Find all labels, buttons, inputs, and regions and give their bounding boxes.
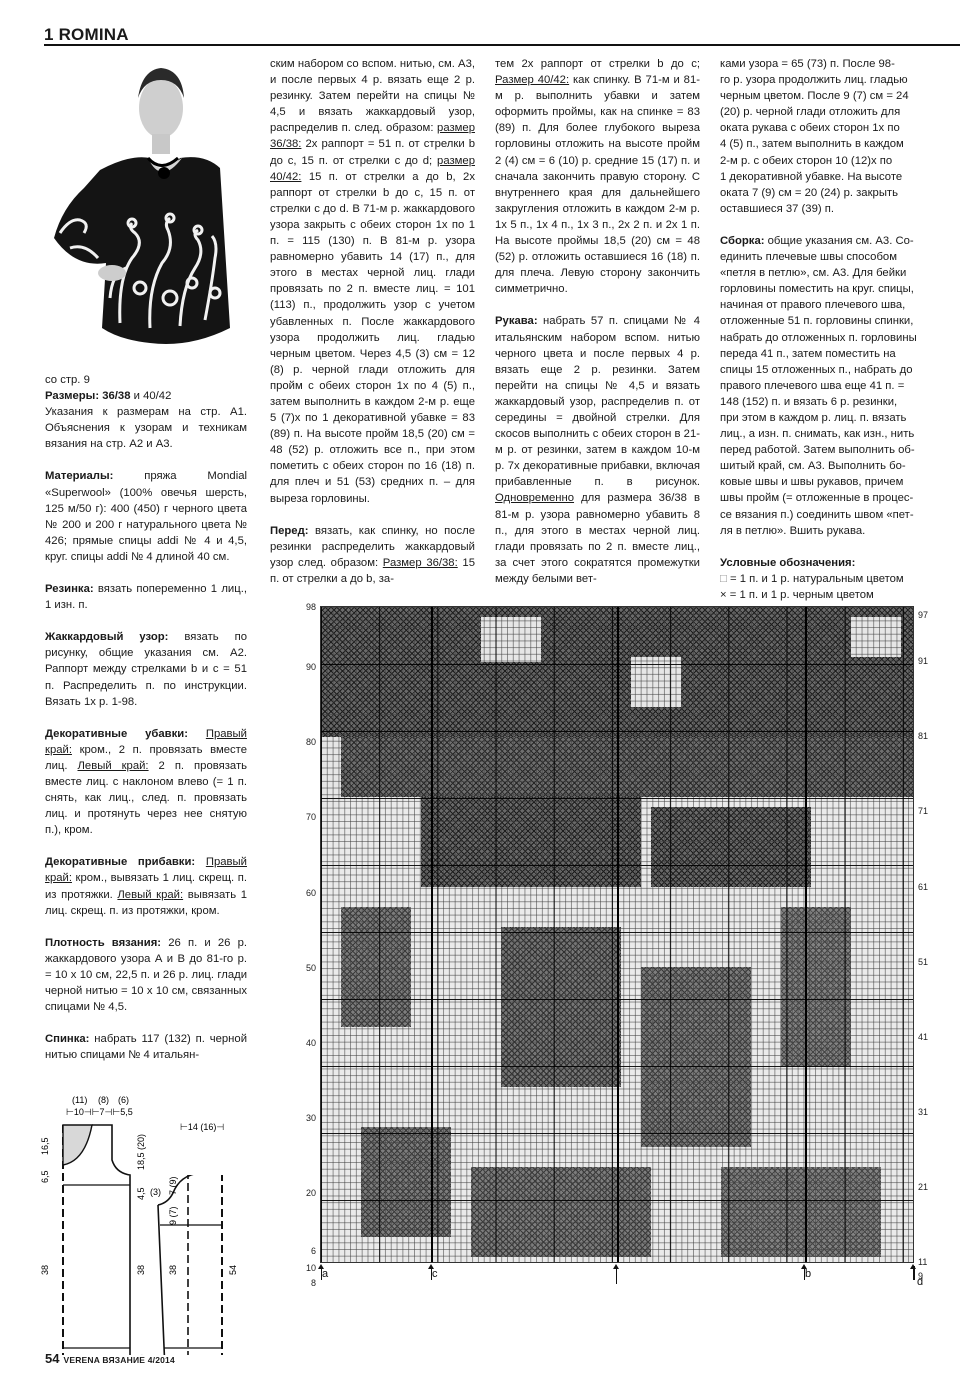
dim-label: 7 (9) (168, 1176, 178, 1195)
text-line: (20) р. черной глади отложить для (720, 104, 920, 120)
dim-label: 38 (40, 1265, 50, 1275)
text-line: 148 (152) п. и вязать 6 р. резинки, (720, 394, 920, 410)
arrow-d: d (913, 1266, 921, 1280)
row-label: 60 (296, 888, 316, 898)
text-line: шитый край, см. А3. Выполнить бо- (720, 458, 920, 474)
row-label: 21 (918, 1182, 938, 1192)
sizes-section: Размеры: 36/38 и 40/42 (45, 388, 247, 404)
back-text-3: 15 п. от стрелки a до b, 2х раппорт от с… (270, 171, 475, 505)
text-line: ковые швы и швы рукавов, причем (720, 474, 920, 490)
sizes-values: и 40/42 (131, 390, 172, 402)
row-label: 80 (296, 737, 316, 747)
front-instructions: тем 2х раппорт от стрелки b до c; Размер… (495, 56, 700, 297)
text-line: начиная от правого плечевого шва, (720, 297, 920, 313)
pattern-title: 1 ROMINA (44, 26, 960, 44)
left-edge-label: Левый край: (117, 889, 183, 901)
text-line: спицы 15 отложенных п., набрать до (720, 362, 920, 378)
increases-label: Декоративные прибавки: (45, 856, 195, 868)
materials-text: пряжа Mondial «Superwool» (100% овечья ш… (45, 470, 247, 562)
text-line: оката 7 (9) см = 20 (24) р. закрыть (720, 185, 920, 201)
text-line: 1 декоративной убавке. На высоте (720, 169, 920, 185)
text-line: оставшиеся 37 (39) п. (720, 201, 920, 217)
jacquard-label: Жаккардовый узор: (45, 631, 168, 643)
sizes-text: Указания к размерам на стр. А1. Объяснен… (45, 404, 247, 452)
text-line: оката рукава с обеих сторон 1х по (720, 120, 920, 136)
text-line: лиц., а изн. п. снимать, как изн., нить (720, 426, 920, 442)
row-label: 30 (296, 1113, 316, 1123)
arrow-up-icon (804, 1266, 805, 1280)
front-text-3: тем 2х раппорт от стрелки b до c; (495, 58, 700, 70)
jacquard-chart (320, 606, 914, 1263)
gauge-label: Плотность вязания: (45, 937, 161, 949)
text-line: ля в петлю». Вшить рукава. (720, 523, 920, 539)
row-label: 8 (296, 1278, 316, 1288)
text-line: горловины поместить на круг. спицы, (720, 281, 920, 297)
page-reference: со стр. 9 (45, 372, 247, 388)
repeat-line-c (431, 607, 433, 1262)
text-line: перед работой. Затем выполнить об- (720, 442, 920, 458)
arrow-up-icon (913, 1266, 915, 1280)
sleeves-text-1: набрать 57 п. спицами № 4 итальянским на… (495, 315, 700, 488)
text-line: черным цветом. После 9 (7) см = 24 (720, 88, 920, 104)
simultaneously-label: Одновременно (495, 492, 574, 504)
dim-label: 38 (168, 1265, 178, 1275)
arrow-label: c (432, 1268, 438, 1280)
sleeves-label: Рукава: (495, 315, 538, 327)
column-1: со стр. 9 Размеры: 36/38 и 40/42 Указани… (45, 372, 247, 1079)
row-label: 70 (296, 812, 316, 822)
text-line: отложенные 51 п. горловины спинки, (720, 313, 920, 329)
dim-label: 16,5 (40, 1137, 50, 1155)
arrow-center-double (616, 1266, 617, 1284)
repeat-line-b (805, 607, 807, 1262)
dim-label: 38 (136, 1265, 146, 1275)
materials-label: Материалы: (45, 470, 113, 482)
text-line: переда 41 п., затем поместить на (720, 346, 920, 362)
row-label: 31 (918, 1107, 938, 1117)
back-instructions: ским набором со вспом. нитью, см. А3, и … (270, 56, 475, 507)
row-label: 10 (296, 1263, 316, 1273)
page-number: 54 (45, 1351, 59, 1366)
decreases-label: Декоративные убавки: (45, 728, 188, 740)
text-line: ками узора = 65 (73) п. После 98- (720, 56, 920, 72)
front-section: Перед: вязать, как спинку, но после рези… (270, 523, 475, 587)
legend-title: Условные обозначения: (720, 555, 920, 571)
legend-item-black: × = 1 п. и 1 р. черным цветом (720, 587, 920, 603)
row-label: 97 (918, 610, 938, 620)
text-line: набрать до отложенных п. горловины (720, 330, 920, 346)
text-line: швы пройм (= отложенные в процес- (720, 490, 920, 506)
assembly-label: Сборка: (720, 235, 765, 247)
row-label: 81 (918, 731, 938, 741)
arrow-label: a (322, 1268, 328, 1280)
increases-section: Декоративные прибавки: Правый край: кром… (45, 854, 247, 918)
arrow-label: d (917, 1276, 923, 1288)
row-label: 40 (296, 1038, 316, 1048)
legend: Условные обозначения: □ = 1 п. и 1 р. на… (720, 555, 920, 603)
back-section: Спинка: набрать 117 (132) п. черной нить… (45, 1031, 247, 1063)
magazine-name: VERENA ВЯЗАНИЕ 4/2014 (63, 1355, 174, 1365)
text-line: го р. узора продолжить лиц. гладью (720, 72, 920, 88)
jacquard-section: Жаккардовый узор: вязать по рисунку, общ… (45, 629, 247, 709)
rib-section: Резинка: вязать попеременно 1 лиц., 1 из… (45, 581, 247, 613)
sleeves-section: Рукава: набрать 57 п. спицами № 4 италья… (495, 313, 700, 587)
row-label: 41 (918, 1032, 938, 1042)
sleeves-text-2: для размера 36/38 в 81-м р. узора равном… (495, 492, 700, 584)
row-label: 50 (296, 963, 316, 973)
front-text-4: как спинку. В 71-м и 81-м р. выполнить у… (495, 74, 700, 295)
arrow-b: b (804, 1266, 811, 1280)
text-line: при этом в каждом р. лиц. п. вязать (720, 410, 920, 426)
text-line: единить плечевые швы способом (720, 249, 920, 265)
arrow-a: a (321, 1266, 328, 1280)
dim-label: (3) (150, 1187, 161, 1197)
dim-label: (11) (72, 1095, 87, 1105)
dim-label: 54 (228, 1265, 238, 1275)
text-line: 2-м р. с обеих сторон 10 (12)х по (720, 153, 920, 169)
cross-icon: × (720, 589, 727, 601)
page-header: 1 ROMINA (44, 26, 960, 46)
text-line: правого плечевого шва еще 41 п. = (720, 378, 920, 394)
page-footer: 54VERENA ВЯЗАНИЕ 4/2014 (45, 1351, 175, 1366)
arrow-up-icon (431, 1266, 432, 1280)
text-line: «петля в петлю», см. А3. Для бейки (720, 265, 920, 281)
double-arrow-up-icon (616, 1266, 617, 1284)
size-label-36-38: Размер 36/38: (383, 557, 458, 569)
row-label: 6 (296, 1246, 316, 1256)
repeat-line-center (617, 607, 619, 1262)
dim-label: (8) (98, 1095, 109, 1105)
legend-item-natural: □ = 1 п. и 1 р. натуральным цветом (720, 571, 920, 587)
row-label: 98 (296, 602, 316, 612)
dim-label: 18,5 (20) (136, 1134, 146, 1170)
legend-text: = 1 п. и 1 р. черным цветом (727, 589, 874, 601)
dim-label: ⊢10⊣⊢7⊣⊢5,5 (66, 1107, 133, 1117)
dim-label: 9 (7) (168, 1206, 178, 1225)
dim-label: (6) (118, 1095, 129, 1105)
text-line: 4 (5) п., затем выполнить в каждом (720, 136, 920, 152)
assembly-section: Сборка: общие указания см. А3. Со- едини… (720, 233, 920, 539)
sleeve-cap-text: ками узора = 65 (73) п. После 98- го р. … (720, 56, 920, 217)
left-edge-label: Левый край: (78, 760, 149, 772)
arrow-label: b (805, 1268, 811, 1280)
row-label: 20 (296, 1188, 316, 1198)
model-photo (40, 58, 240, 358)
column-2: ским набором со вспом. нитью, см. А3, и … (270, 56, 475, 603)
garment-schematic: (11) (8) (6) ⊢10⊣⊢7⊣⊢5,5 16,5 6,5 38 1,5… (40, 1095, 270, 1355)
arrow-c: c (431, 1266, 438, 1280)
row-label: 71 (918, 806, 938, 816)
dim-label: 6,5 (40, 1170, 50, 1183)
legend-text: = 1 п. и 1 р. натуральным цветом (727, 573, 904, 585)
dim-label: ⊢14 (16)⊣ (180, 1122, 224, 1132)
column-3: тем 2х раппорт от стрелки b до c; Размер… (495, 56, 700, 603)
text-line: общие указания см. А3. Со- (765, 235, 914, 247)
empty-square-icon: □ (720, 573, 727, 585)
sizes-label: Размеры: 36/38 (45, 390, 131, 402)
gauge-section: Плотность вязания: 26 п. и 26 р. жаккард… (45, 935, 247, 1015)
arrow-up-icon (321, 1266, 322, 1280)
decreases-section: Декоративные убавки: Правый край: кром.,… (45, 726, 247, 839)
materials-section: Материалы: пряжа Mondial «Superwool» (10… (45, 468, 247, 565)
column-4: ками узора = 65 (73) п. После 98- го р. … (720, 56, 920, 603)
rib-label: Резинка: (45, 583, 94, 595)
back-label: Спинка: (45, 1033, 89, 1045)
front-label: Перед: (270, 525, 309, 537)
row-label: 51 (918, 957, 938, 967)
row-label: 61 (918, 882, 938, 892)
size-label-40-42: Размер 40/42: (495, 74, 569, 86)
row-label: 90 (296, 662, 316, 672)
text-line: се вязания п.) соединить швом «пет- (720, 507, 920, 523)
dim-label: 4,5 (136, 1187, 146, 1200)
row-label: 91 (918, 656, 938, 666)
